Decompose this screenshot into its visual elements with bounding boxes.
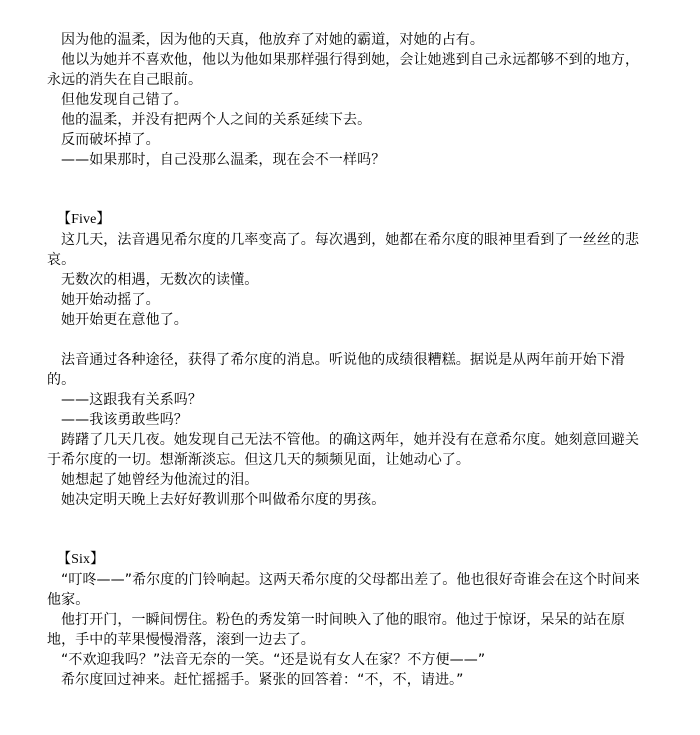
- paragraph: 他的温柔，并没有把两个人之间的关系延续下去。: [47, 110, 653, 130]
- paragraph: “叮咚——”希尔度的门铃响起。这两天希尔度的父母都出差了。他也很好奇谁会在这个时…: [47, 570, 653, 610]
- spacer: [47, 170, 653, 210]
- paragraph: 希尔度回过神来。赶忙摇摇手。紧张的回答着：“不，不，请进。”: [47, 670, 653, 690]
- paragraph: 她想起了她曾经为他流过的泪。: [47, 470, 653, 490]
- paragraph: ——如果那时，自己没那么温柔，现在会不一样吗？: [47, 150, 653, 170]
- section-heading-six: 【Six】: [47, 550, 653, 570]
- paragraph: 法音通过各种途径，获得了希尔度的消息。听说他的成绩很糟糕。据说是从两年前开始下滑…: [47, 350, 653, 390]
- paragraph: 他以为她并不喜欢他，他以为他如果那样强行得到她，会让她逃到自己永远都够不到的地方…: [47, 50, 653, 90]
- paragraph: 踌躇了几天几夜。她发现自己无法不管他。的确这两年，她并没有在意希尔度。她刻意回避…: [47, 430, 653, 470]
- paragraph: 她决定明天晚上去好好教训那个叫做希尔度的男孩。: [47, 490, 653, 510]
- spacer: [47, 330, 653, 350]
- section-heading-five: 【Five】: [47, 210, 653, 230]
- paragraph: 她开始动摇了。: [47, 290, 653, 310]
- paragraph: ——这跟我有关系吗？: [47, 390, 653, 410]
- paragraph: 反而破坏掉了。: [47, 130, 653, 150]
- paragraph: 但他发现自己错了。: [47, 90, 653, 110]
- paragraph: 她开始更在意他了。: [47, 310, 653, 330]
- paragraph: 这几天，法音遇见希尔度的几率变高了。每次遇到，她都在希尔度的眼神里看到了一丝丝的…: [47, 230, 653, 270]
- paragraph: 因为他的温柔，因为他的天真，他放弃了对她的霸道，对她的占有。: [47, 30, 653, 50]
- paragraph: 无数次的相遇，无数次的读懂。: [47, 270, 653, 290]
- spacer: [47, 510, 653, 550]
- paragraph: “不欢迎我吗？”法音无奈的一笑。“还是说有女人在家？不方便——”: [47, 650, 653, 670]
- paragraph: ——我该勇敢些吗？: [47, 410, 653, 430]
- document-body: 因为他的温柔，因为他的天真，他放弃了对她的霸道，对她的占有。 他以为她并不喜欢他…: [47, 30, 653, 690]
- paragraph: 他打开门，一瞬间愣住。粉色的秀发第一时间映入了他的眼帘。他过于惊讶，呆呆的站在原…: [47, 610, 653, 650]
